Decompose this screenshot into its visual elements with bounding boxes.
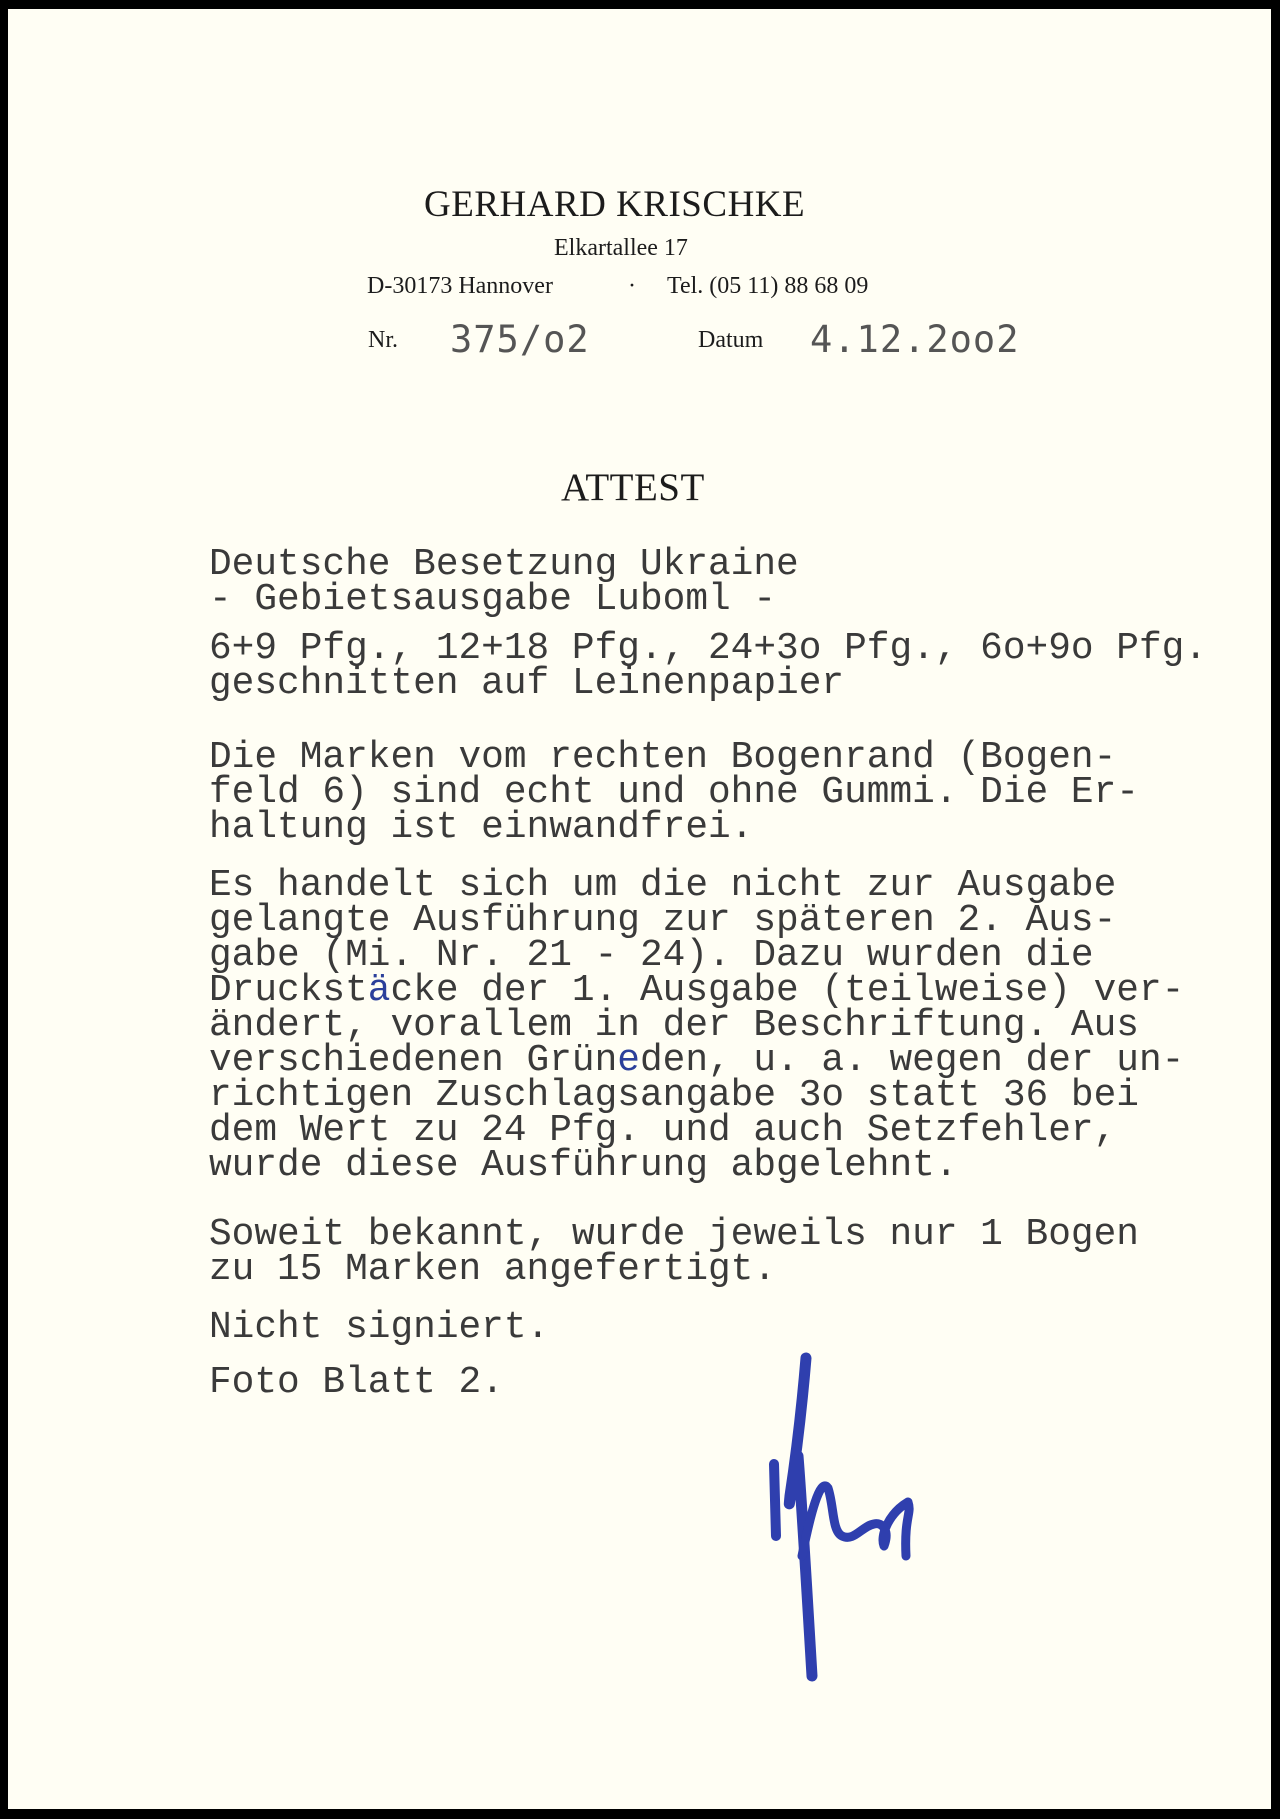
text-line: zu 15 Marken angefertigt. [209, 1253, 1139, 1288]
text-line: Deutsche Besetzung Ukraine [209, 548, 799, 583]
letterhead-phone: Tel. (05 11) 88 68 09 [667, 273, 868, 300]
letterhead-city: D-30173 Hannover [367, 273, 553, 300]
letterhead-street: Elkartallee 17 [554, 235, 688, 262]
text-line: feld 6) sind echt und ohne Gummi. Die Er… [209, 776, 1139, 811]
text-line: Soweit bekannt, wurde jeweils nur 1 Boge… [209, 1218, 1139, 1253]
text-line: Die Marken vom rechten Bogenrand (Bogen- [209, 741, 1139, 776]
text-line: verschiedenen Grüneden, u. a. wegen der … [209, 1044, 1184, 1079]
text-line: geschnitten auf Leinenpapier [209, 667, 1207, 702]
text-line: 6+9 Pfg., 12+18 Pfg., 24+3o Pfg., 6o+9o … [209, 632, 1207, 667]
paragraph-quantity: Soweit bekannt, wurde jeweils nur 1 Boge… [209, 1218, 1139, 1288]
paragraph-values: 6+9 Pfg., 12+18 Pfg., 24+3o Pfg., 6o+9o … [209, 632, 1207, 702]
paragraph-issue: Deutsche Besetzung Ukraine- Gebietsausga… [209, 548, 799, 618]
reference-number-value: 375/o2 [450, 318, 590, 361]
date-label: Datum [698, 327, 763, 354]
handwritten-signature [762, 1346, 922, 1696]
paragraph-not-signed: Nicht signiert. [209, 1311, 549, 1346]
text-line: haltung ist einwandfrei. [209, 811, 1139, 846]
text-line: ändert, vorallem in der Beschriftung. Au… [209, 1009, 1184, 1044]
paragraph-explanation: Es handelt sich um die nicht zur Ausgabe… [209, 869, 1184, 1184]
text-line: gelangte Ausführung zur späteren 2. Aus- [209, 904, 1184, 939]
text-line: dem Wert zu 24 Pfg. und auch Setzfehler, [209, 1114, 1184, 1149]
text-line: richtigen Zuschlagsangabe 3o statt 36 be… [209, 1079, 1184, 1114]
date-value: 4.12.2oo2 [810, 318, 1019, 361]
text-line: gabe (Mi. Nr. 21 - 24). Dazu wurden die [209, 939, 1184, 974]
text-line: Es handelt sich um die nicht zur Ausgabe [209, 869, 1184, 904]
paragraph-photo-reference: Foto Blatt 2. [209, 1366, 504, 1401]
text-line: - Gebietsausgabe Luboml - [209, 583, 799, 618]
letterhead-separator: · [628, 273, 636, 300]
text-line: wurde diese Ausführung abgelehnt. [209, 1149, 1184, 1184]
text-line: Druckstäcke der 1. Ausgabe (teilweise) v… [209, 974, 1184, 1009]
paragraph-condition: Die Marken vom rechten Bogenrand (Bogen-… [209, 741, 1139, 846]
letterhead-name: GERHARD KRISCHKE [424, 183, 805, 226]
document-title: ATTEST [561, 465, 705, 510]
reference-number-label: Nr. [368, 327, 398, 354]
